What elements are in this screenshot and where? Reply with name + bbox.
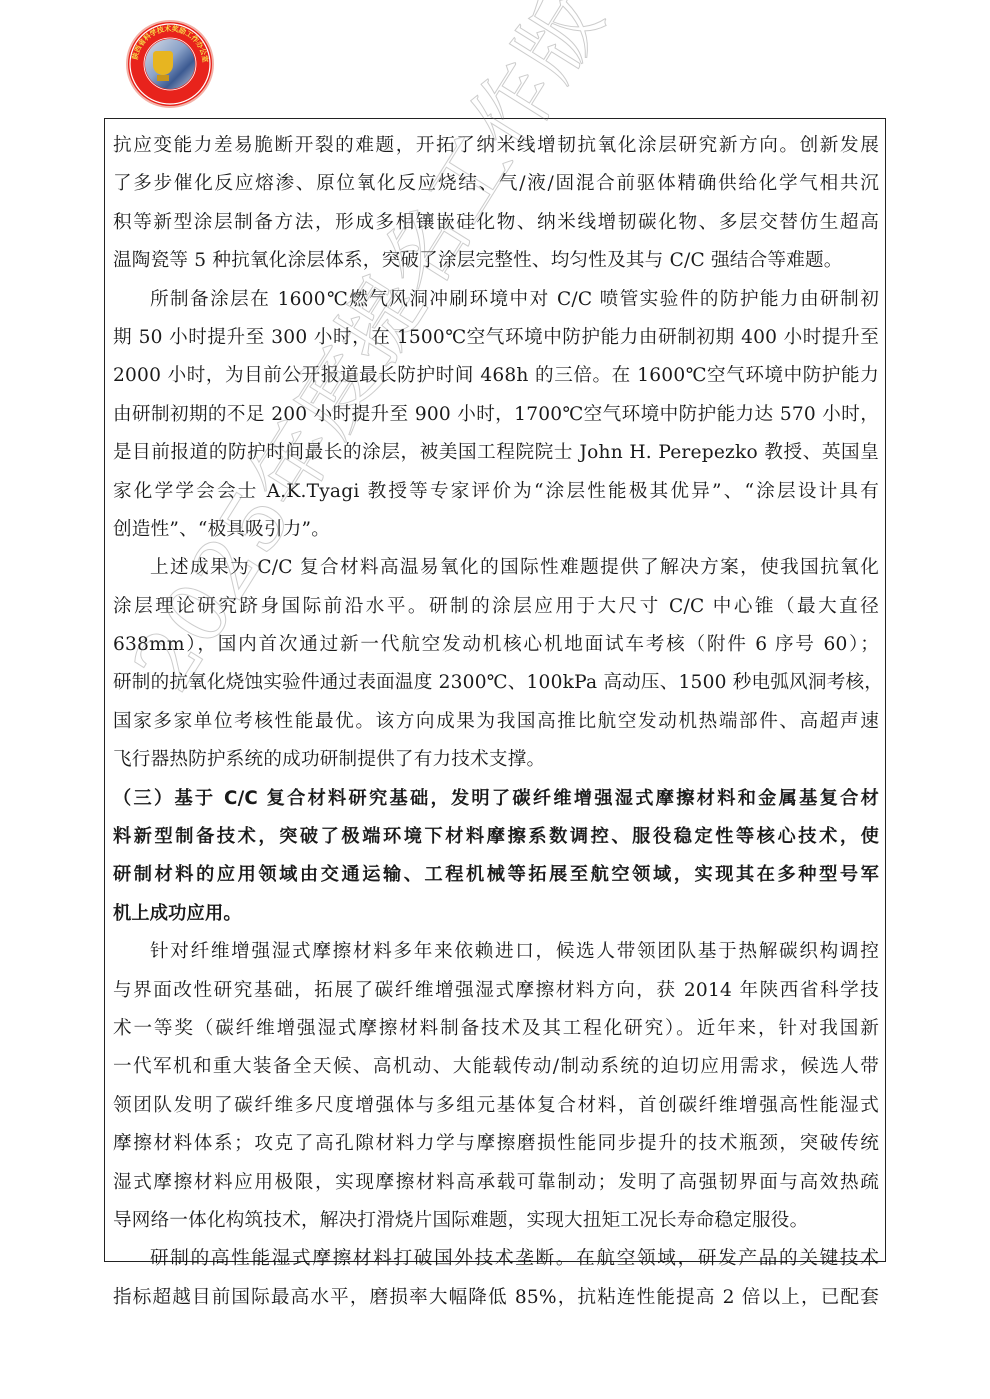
paragraph-line: 创造性”、“极具吸引力”。 <box>113 511 879 549</box>
award-office-seal-logo: 陕西省科学技术奖励工作办公室 <box>128 22 212 106</box>
paragraph-line: 638mm），国内首次通过新一代航空发动机核心机地面试车考核（附件 6 序号 6… <box>113 626 879 664</box>
paragraph-line: 与界面改性研究基础，拓展了碳纤维增强湿式摩擦材料方向，获 2014 年陕西省科学… <box>113 972 879 1010</box>
paragraph-line: 湿式摩擦材料应用极限，实现摩擦材料高承载可靠制动；发明了高强韧界面与高效热疏 <box>113 1164 879 1202</box>
section-heading-line: 机上成功应用。 <box>113 895 879 933</box>
paragraph-line: 期 50 小时提升至 300 小时，在 1500℃空气环境中防护能力由研制初期 … <box>113 319 879 357</box>
paragraph-line: 所制备涂层在 1600℃燃气风洞冲刷环境中对 C/C 喷管实验件的防护能力由研制… <box>113 281 879 319</box>
paragraph-line: 飞行器热防护系统的成功研制提供了有力技术支撑。 <box>113 741 879 779</box>
paragraph-line: 针对纤维增强湿式摩擦材料多年来依赖进口，候选人带领团队基于热解碳织构调控 <box>113 933 879 971</box>
paragraph-line: 是目前报道的防护时间最长的涂层，被美国工程院院士 John H. Perepez… <box>113 434 879 472</box>
paragraph-line: 指标超越目前国际最高水平，磨损率大幅降低 85%，抗粘连性能提高 2 倍以上，已… <box>113 1279 879 1317</box>
seal-emblem-icon <box>145 39 195 89</box>
section-heading-line: （三）基于 C/C 复合材料研究基础，发明了碳纤维增强湿式摩擦材料和金属基复合材 <box>113 780 879 818</box>
section-heading-line: 料新型制备技术，突破了极端环境下材料摩擦系数调控、服役稳定性等核心技术，使 <box>113 818 879 856</box>
paragraph-line: 国家多家单位考核性能最优。该方向成果为我国高推比航空发动机热端部件、高超声速 <box>113 703 879 741</box>
paragraph-line: 2000 小时，为目前公开报道最长防护时间 468h 的三倍。在 1600℃空气… <box>113 357 879 395</box>
paragraph-line: 研制的高性能湿式摩擦材料打破国外技术垄断。在航空领域，研发产品的关键技术 <box>113 1240 879 1278</box>
paragraph-line: 领团队发明了碳纤维多尺度增强体与多组元基体复合材料，首创碳纤维增强高性能湿式 <box>113 1087 879 1125</box>
trophy-icon <box>153 51 173 75</box>
document-body: 抗应变能力差易脆断开裂的难题，开拓了纳米线增韧抗氧化涂层研究新方向。创新发展了多… <box>113 127 879 1317</box>
paragraph-line: 一代军机和重大装备全天候、高机动、大能载传动/制动系统的迫切应用需求，候选人带 <box>113 1048 879 1086</box>
paragraph-line: 了多步催化反应熔渗、原位氧化反应烧结、气/液/固混合前驱体精确供给化学气相共沉 <box>113 165 879 203</box>
paragraph-line: 由研制初期的不足 200 小时提升至 900 小时，1700℃空气环境中防护能力… <box>113 396 879 434</box>
trophy-base-icon <box>157 75 169 81</box>
paragraph-line: 导网络一体化构筑技术，解决打滑烧片国际难题，实现大扭矩工况长寿命稳定服役。 <box>113 1202 879 1240</box>
paragraph-line: 研制的抗氧化烧蚀实验件通过表面温度 2300℃、100kPa 高动压、1500 … <box>113 664 879 702</box>
paragraph-line: 家化学学会会士 A.K.Tyagi 教授等专家评价为“涂层性能极其优异”、“涂层… <box>113 473 879 511</box>
paragraph-line: 摩擦材料体系；攻克了高孔隙材料力学与摩擦磨损性能同步提升的技术瓶颈，突破传统 <box>113 1125 879 1163</box>
paragraph-line: 术一等奖（碳纤维增强湿式摩擦材料制备技术及其工程化研究）。近年来，针对我国新 <box>113 1010 879 1048</box>
paragraph-line: 涂层理论研究跻身国际前沿水平。研制的涂层应用于大尺寸 C/C 中心锥（最大直径 <box>113 588 879 626</box>
paragraph-line: 积等新型涂层制备方法，形成多相镶嵌硅化物、纳米线增韧碳化物、多层交替仿生超高 <box>113 204 879 242</box>
paragraph-line: 抗应变能力差易脆断开裂的难题，开拓了纳米线增韧抗氧化涂层研究新方向。创新发展 <box>113 127 879 165</box>
paragraph-line: 温陶瓷等 5 种抗氧化涂层体系，突破了涂层完整性、均匀性及其与 C/C 强结合等… <box>113 242 879 280</box>
section-heading-line: 研制材料的应用领域由交通运输、工程机械等拓展至航空领域，实现其在多种型号军 <box>113 856 879 894</box>
paragraph-line: 上述成果为 C/C 复合材料高温易氧化的国际性难题提供了解决方案，使我国抗氧化 <box>113 549 879 587</box>
